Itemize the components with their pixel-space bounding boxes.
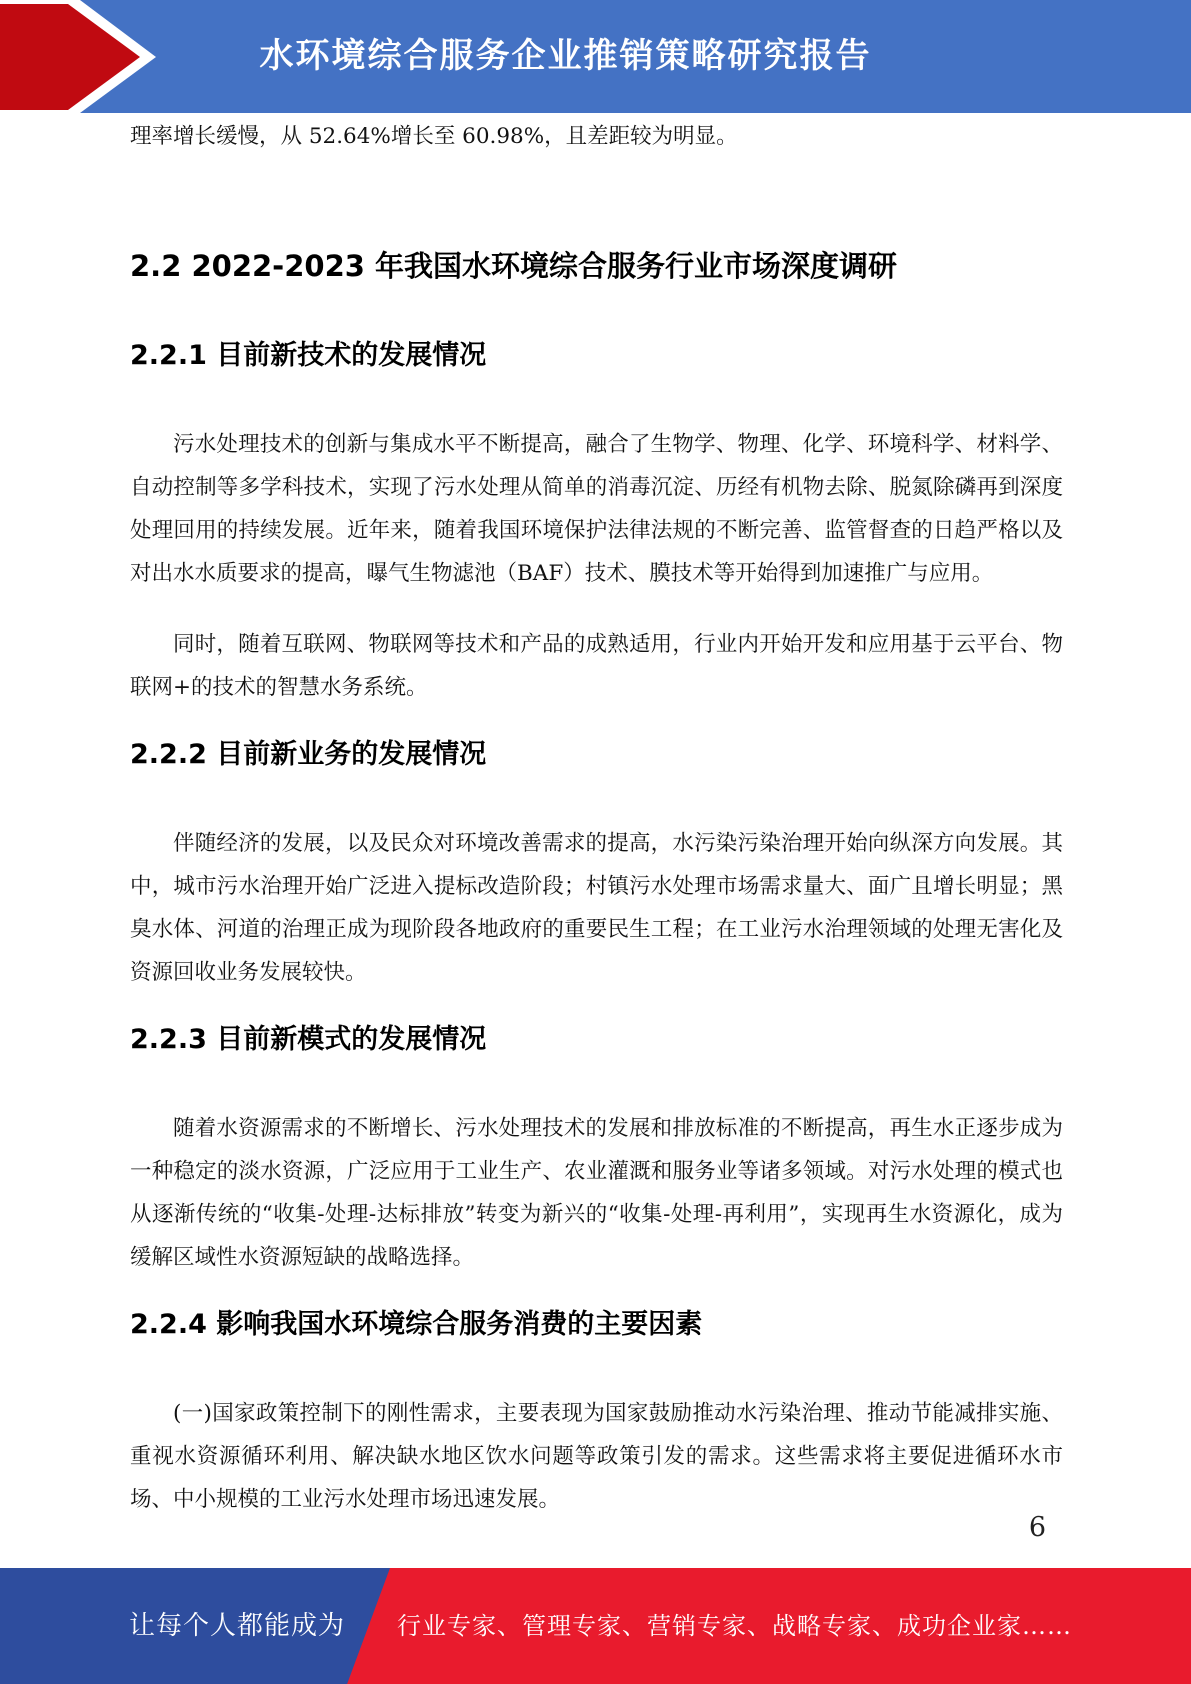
report-title: 水环境综合服务企业推销策略研究报告 <box>0 0 1191 113</box>
paragraph: 理率增长缓慢，从 52.64%增长至 60.98%，且差距较为明显。 <box>130 115 1063 158</box>
paragraph: 污水处理技术的创新与集成水平不断提高，融合了生物学、物理、化学、环境科学、材料学… <box>130 423 1063 595</box>
paragraph: 随着水资源需求的不断增长、污水处理技术的发展和排放标准的不断提高，再生水正逐步成… <box>130 1107 1063 1279</box>
footer-slogan-left: 让每个人都能成为 <box>0 1568 345 1684</box>
paragraph: 同时，随着互联网、物联网等技术和产品的成熟适用，行业内开始开发和应用基于云平台、… <box>130 623 1063 709</box>
footer-band: 让每个人都能成为 行业专家、管理专家、营销专家、战略专家、成功企业家…… <box>0 1568 1191 1684</box>
paragraph: 伴随经济的发展，以及民众对环境改善需求的提高，水污染污染治理开始向纵深方向发展。… <box>130 822 1063 994</box>
paragraph: (一)国家政策控制下的刚性需求，主要表现为国家鼓励推动水污染治理、推动节能减排实… <box>130 1392 1063 1521</box>
document-page: 水环境综合服务企业推销策略研究报告 理率增长缓慢，从 52.64%增长至 60.… <box>0 0 1191 1684</box>
section-heading-2-2: 2.2 2022-2023 年我国水环境综合服务行业市场深度调研 <box>130 248 1063 286</box>
section-heading-2-2-4: 2.2.4 影响我国水环境综合服务消费的主要因素 <box>130 1307 1063 1342</box>
section-heading-2-2-2: 2.2.2 目前新业务的发展情况 <box>130 737 1063 772</box>
section-heading-2-2-1: 2.2.1 目前新技术的发展情况 <box>130 338 1063 373</box>
page-number: 6 <box>1029 1512 1046 1543</box>
footer-slogan-right: 行业专家、管理专家、营销专家、战略专家、成功企业家…… <box>397 1568 1072 1684</box>
document-body: 理率增长缓慢，从 52.64%增长至 60.98%，且差距较为明显。 2.2 2… <box>130 115 1063 1549</box>
header-banner: 水环境综合服务企业推销策略研究报告 <box>0 0 1191 113</box>
section-heading-2-2-3: 2.2.3 目前新模式的发展情况 <box>130 1022 1063 1057</box>
